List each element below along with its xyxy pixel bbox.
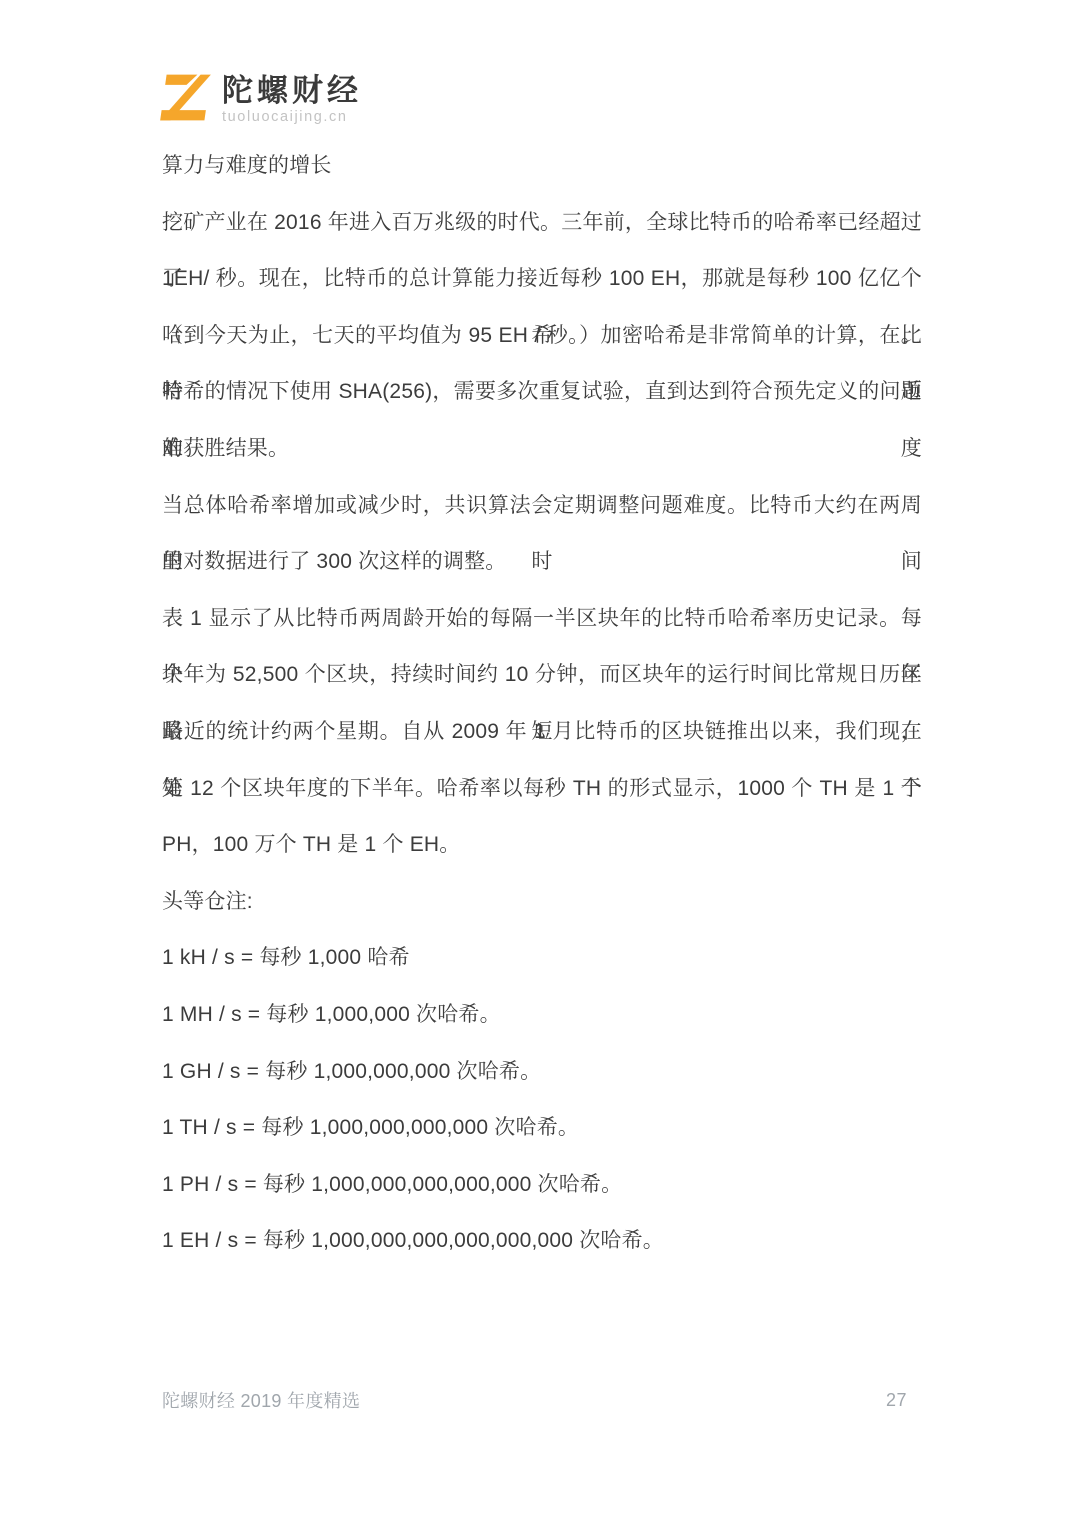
body-line: 挖矿产业在 2016 年进入百万兆级的时代。三年前，全球比特币的哈希率已经超过了 xyxy=(162,195,922,252)
body-line: 表 1 显示了从比特币两周龄开始的每隔一半区块年的比特币哈希率历史记录。每个区 xyxy=(162,591,922,648)
note-line: 1 PH / s = 每秒 1,000,000,000,000,000 次哈希。 xyxy=(162,1157,922,1214)
brand-domain: tuoluocaijing.cn xyxy=(222,109,362,125)
section-heading: 算力与难度的增长 xyxy=(162,138,922,195)
brand-logo: 陀螺财经 tuoluocaijing.cn xyxy=(158,73,362,125)
body-line: 哈希的情况下使用 SHA(256)，需要多次重复试验，直到达到符合预先定义的问题… xyxy=(162,364,922,421)
page-number: 27 xyxy=(886,1390,907,1411)
footer-title: 陀螺财经 2019 年度精选 xyxy=(162,1387,360,1413)
body-line: 最近的统计约两个星期。自从 2009 年 1 月比特币的区块链推出以来，我们现在… xyxy=(162,704,922,761)
note-line: 1 MH / s = 每秒 1,000,000 次哈希。 xyxy=(162,987,922,1044)
document-page: 陀螺财经 tuoluocaijing.cn 算力与难度的增长 挖矿产业在 201… xyxy=(0,0,1080,1527)
body-line: 1EH/ 秒。现在，比特币的总计算能力接近每秒 100 EH，那就是每秒 100… xyxy=(162,251,922,308)
note-line: 1 EH / s = 每秒 1,000,000,000,000,000,000 … xyxy=(162,1213,922,1270)
note-line: 1 GH / s = 每秒 1,000,000,000 次哈希。 xyxy=(162,1044,922,1101)
note-line: 1 TH / s = 每秒 1,000,000,000,000 次哈希。 xyxy=(162,1100,922,1157)
z-logo-icon xyxy=(158,73,212,122)
article-body: 算力与难度的增长 挖矿产业在 2016 年进入百万兆级的时代。三年前，全球比特币… xyxy=(162,138,922,1270)
page-footer: 陀螺财经 2019 年度精选 27 xyxy=(162,1387,907,1413)
body-line: （到今天为止，七天的平均值为 95 EH / 秒。）加密哈希是非常简单的计算，在… xyxy=(162,308,922,365)
logo-text: 陀螺财经 tuoluocaijing.cn xyxy=(222,75,362,125)
note-heading: 头等仓注: xyxy=(162,874,922,931)
body-line: 当总体哈希率增加或减少时，共识算法会定期调整问题难度。比特币大约在两周的时间 xyxy=(162,478,922,535)
body-line: PH，100 万个 TH 是 1 个 EH。 xyxy=(162,817,922,874)
brand-name: 陀螺财经 xyxy=(222,75,362,108)
body-line: 第 12 个区块年度的下半年。哈希率以每秒 TH 的形式显示，1000 个 TH… xyxy=(162,761,922,818)
body-line: 块年为 52,500 个区块，持续时间约 10 分钟，而区块年的运行时间比常规日… xyxy=(162,647,922,704)
note-line: 1 kH / s = 每秒 1,000 哈希 xyxy=(162,930,922,987)
